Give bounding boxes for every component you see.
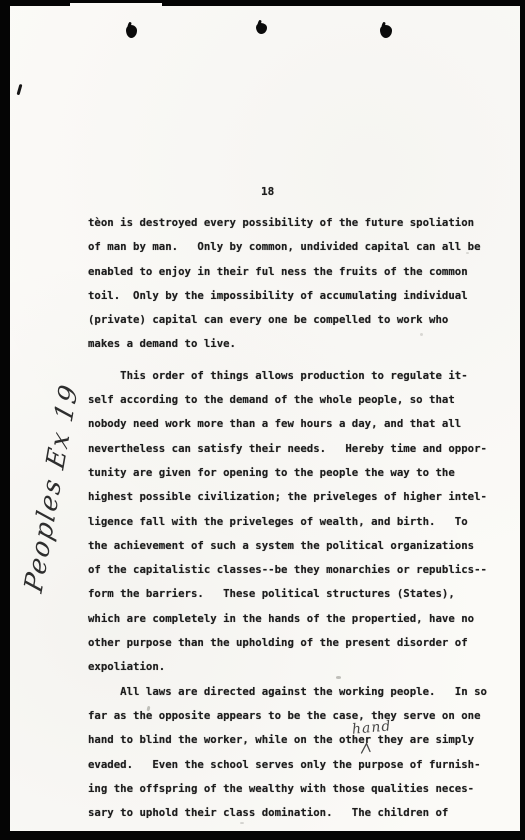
typed-line: evaded. Even the school serves only the …: [88, 753, 508, 777]
typed-line: (private) capital can every one be compe…: [88, 308, 508, 332]
typed-line: of the capitalistic classes--be they mon…: [88, 558, 508, 582]
scan-edge-bottom: [0, 831, 525, 840]
typed-line: toil. Only by the impossibility of accum…: [88, 284, 508, 308]
insertion-caret-icon: [359, 739, 373, 758]
typed-text-block: tèon is destroyed every possibility of t…: [88, 211, 508, 825]
typed-line: highest possible civilization; the prive…: [88, 485, 508, 509]
scan-edge-right: [520, 0, 525, 840]
typed-line: of man by man. Only by common, undivided…: [88, 235, 508, 259]
typed-line: other purpose than the upholding of the …: [88, 631, 508, 655]
typed-line: tunity are given for opening to the peop…: [88, 461, 508, 485]
typed-line: which are completely in the hands of the…: [88, 607, 508, 631]
typed-line: ing the offspring of the wealthy with th…: [88, 777, 508, 801]
typed-line: nobody need work more than a few hours a…: [88, 412, 508, 436]
typed-line: sary to uphold their class domination. T…: [88, 801, 508, 825]
typed-line: makes a demand to live.: [88, 332, 508, 356]
typed-line: the achievement of such a system the pol…: [88, 534, 508, 558]
typed-line: tèon is destroyed every possibility of t…: [88, 211, 508, 235]
typed-line: This order of things allows production t…: [88, 364, 508, 388]
scan-edge-left: [0, 0, 10, 840]
typed-line: self according to the demand of the whol…: [88, 388, 508, 412]
typed-line: form the barriers. These political struc…: [88, 582, 508, 606]
typed-line: nevertheless can satisfy their needs. He…: [88, 437, 508, 461]
handwritten-insertion: hand: [351, 718, 392, 737]
page-number: 18: [261, 185, 274, 198]
scanned-document: 18 tèon is destroyed every possibility o…: [0, 0, 525, 840]
typed-line: far as the opposite appears to be the ca…: [88, 704, 508, 728]
typed-line: ligence fall with the priveleges of weal…: [88, 510, 508, 534]
typed-line: hand to blind the worker, while on the o…: [88, 728, 508, 752]
typed-line: All laws are directed against the workin…: [88, 680, 508, 704]
typed-line: enabled to enjoy in their ful ness the f…: [88, 260, 508, 284]
typed-line: expoliation.: [88, 655, 508, 679]
scan-edge-notch: [70, 3, 162, 6]
